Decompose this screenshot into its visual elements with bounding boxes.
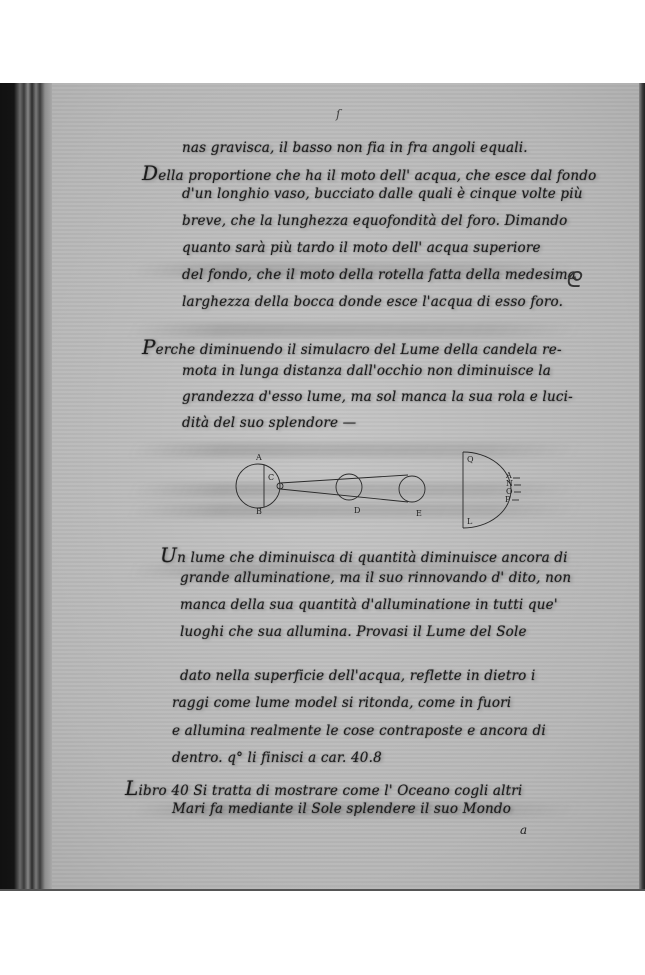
text-line-7: larghezza della bocca donde esce l'acqua… bbox=[182, 294, 563, 310]
page-right-edge bbox=[639, 83, 645, 889]
text-line-6: del fondo, che il moto della rotella fat… bbox=[182, 267, 576, 283]
label-l: L bbox=[467, 517, 473, 526]
text-line-14: manca della sua quantità d'alluminatione… bbox=[180, 597, 558, 613]
catchword: a bbox=[520, 823, 527, 837]
text-line-15: luoghi che sua allumina. Provasi il Lume… bbox=[180, 624, 527, 640]
label-d: D bbox=[354, 506, 360, 515]
text-line-19: dentro. q° li finisci a car. 40.8 bbox=[172, 750, 382, 766]
text-line-17: raggi come lume model si ritonda, come i… bbox=[172, 695, 511, 711]
marginal-flourish: ᘓ bbox=[565, 268, 581, 293]
text-line-5: quanto sarà più tardo il moto dell' acqu… bbox=[182, 240, 541, 256]
text-line-13: grande alluminatione, ma il suo rinnovan… bbox=[180, 570, 571, 586]
text-line-18: e allumina realmente le cose contraposte… bbox=[172, 723, 546, 739]
label-p: P bbox=[505, 495, 511, 504]
text-line-16: dato nella superficie dell'acqua, reflet… bbox=[180, 668, 535, 684]
eye-circle bbox=[236, 464, 280, 508]
text-line-1: nas gravisca, il basso non fia in fra an… bbox=[182, 140, 528, 156]
text-line-4: breve, che la lunghezza equofondità del … bbox=[182, 213, 567, 229]
text-line-21: Mari fa mediante il Sole splendere il su… bbox=[172, 801, 511, 817]
text-line-3: d'un longhio vaso, bucciato dalle quali … bbox=[182, 186, 583, 202]
label-q: Q bbox=[467, 455, 474, 464]
circle-e bbox=[399, 476, 425, 502]
label-e: E bbox=[416, 509, 422, 518]
text-line-9: mota in lunga distanza dall'occhio non d… bbox=[182, 363, 551, 379]
text-line-2: Della proportione che ha il moto dell' a… bbox=[142, 161, 596, 185]
folio-mark: ſ bbox=[336, 107, 340, 121]
text-line-11: dità del suo splendore — bbox=[182, 415, 356, 431]
text-line-8: Perche diminuendo il simulacro del Lume … bbox=[142, 335, 562, 359]
label-c: C bbox=[268, 473, 274, 482]
book-binding-gutter bbox=[0, 83, 52, 889]
text-line-10: grandezza d'esso lume, ma sol manca la s… bbox=[182, 389, 573, 405]
label-b: B bbox=[256, 507, 262, 516]
label-a: A bbox=[255, 453, 262, 462]
text-line-20: Libro 40 Si tratta di mostrare come l' O… bbox=[125, 776, 522, 800]
optics-diagram: A B C D E Q L A N O P bbox=[230, 440, 550, 540]
text-line-12: Un lume che diminuisca di quantità dimin… bbox=[160, 543, 568, 567]
